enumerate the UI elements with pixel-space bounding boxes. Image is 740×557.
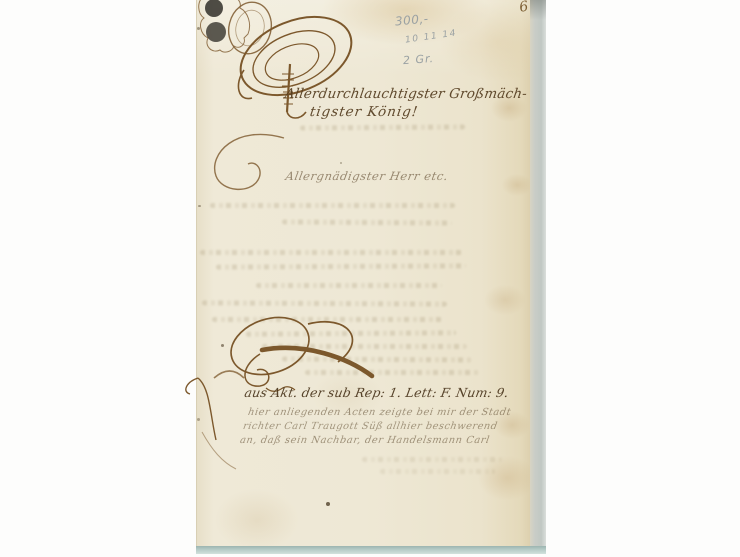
ink-speck — [340, 162, 342, 164]
pencil-price-note: 300,- — [394, 12, 429, 29]
page-edge-bottom — [196, 546, 546, 554]
ink-speck — [221, 344, 224, 347]
heading-line-1: Allerdurchlauchtigster Großmäch- — [284, 86, 528, 102]
bleed-through-line — [380, 469, 495, 474]
body-line-1: aus Akt. der sub Rep: 1. Lett: F. Num: 9… — [243, 385, 510, 400]
ink-speck — [326, 502, 330, 506]
body-line-3: richter Carl Traugott Süß allhier beschw… — [242, 421, 498, 432]
margin-flourish-icon — [180, 370, 242, 472]
document-photo: 300,- 10 11 14 2 Gr. 6 Allerdurchlauchti… — [0, 0, 740, 557]
page-edge-right — [530, 0, 546, 550]
body-line-2: hier anliegenden Acten zeigte bei mir de… — [247, 407, 512, 418]
salutation-flourish-icon — [206, 128, 296, 206]
bleed-through-line — [256, 283, 442, 288]
bleed-through-line — [362, 457, 502, 462]
ink-speck — [197, 418, 200, 421]
bleed-through-line — [210, 203, 455, 208]
salutation-line: Allergnädigster Herr etc. — [285, 169, 450, 183]
body-line-4: an, daß sein Nachbar, der Handelsmann Ca… — [239, 435, 491, 446]
ink-speck — [197, 27, 200, 30]
heading-line-2: tigster König! — [309, 104, 420, 120]
ink-speck — [198, 205, 201, 207]
pencil-groschen-note: 2 Gr. — [403, 52, 435, 67]
bleed-through-line — [200, 250, 462, 255]
